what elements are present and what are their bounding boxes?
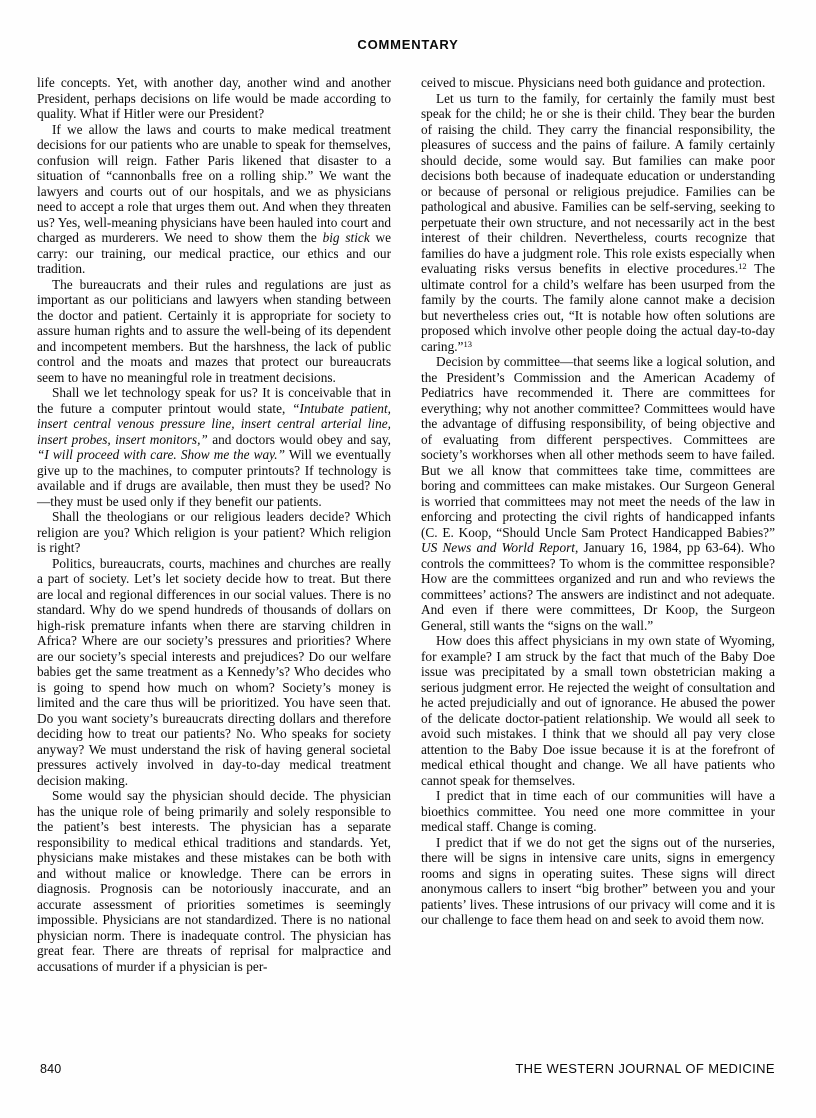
text-run: I predict that if we do not get the sign… [421, 835, 775, 928]
italic-run: US News and World Report [421, 540, 575, 555]
paragraph: Politics, bureaucrats, courts, machines … [37, 556, 391, 789]
text-run: life concepts. Yet, with another day, an… [37, 75, 391, 121]
paragraph: The bureaucrats and their rules and regu… [37, 277, 391, 386]
text-run: Some would say the physician should deci… [37, 788, 391, 974]
paragraph: ceived to miscue. Physicians need both g… [421, 75, 775, 91]
text-run: If we allow the laws and courts to make … [37, 122, 391, 246]
page-header: COMMENTARY [0, 0, 816, 52]
article-body: life concepts. Yet, with another day, an… [0, 75, 816, 974]
section-title: COMMENTARY [357, 37, 458, 52]
text-run: Decision by committee—that seems like a … [421, 354, 775, 540]
page-number: 840 [40, 1062, 61, 1076]
reference-superscript: 13 [463, 339, 472, 349]
text-run: Let us turn to the family, for certainly… [421, 91, 775, 277]
paragraph: I predict that if we do not get the sign… [421, 835, 775, 928]
paragraph: Shall the theologians or our religious l… [37, 509, 391, 556]
paragraph: If we allow the laws and courts to make … [37, 122, 391, 277]
italic-run: “I will proceed with care. Show me the w… [37, 447, 285, 462]
text-run: I predict that in time each of our commu… [421, 788, 775, 834]
page-footer: 840 THE WESTERN JOURNAL OF MEDICINE [0, 1061, 816, 1076]
text-run: and doctors would obey and say, [208, 432, 391, 447]
text-run: ceived to miscue. Physicians need both g… [421, 75, 765, 90]
paragraph: Let us turn to the family, for certainly… [421, 91, 775, 355]
paragraph: How does this affect physicians in my ow… [421, 633, 775, 788]
journal-page: COMMENTARY life concepts. Yet, with anot… [0, 0, 816, 1118]
text-run: Shall the theologians or our religious l… [37, 509, 391, 555]
text-column-right: ceived to miscue. Physicians need both g… [421, 75, 775, 974]
text-run: Politics, bureaucrats, courts, machines … [37, 556, 391, 788]
paragraph: I predict that in time each of our commu… [421, 788, 775, 835]
text-run: How does this affect physicians in my ow… [421, 633, 775, 788]
text-run: The bureaucrats and their rules and regu… [37, 277, 391, 385]
paragraph: life concepts. Yet, with another day, an… [37, 75, 391, 122]
journal-name: THE WESTERN JOURNAL OF MEDICINE [515, 1061, 775, 1076]
paragraph: Decision by committee—that seems like a … [421, 354, 775, 633]
italic-run: big stick [323, 230, 370, 245]
reference-superscript: 12 [738, 261, 747, 271]
text-column-left: life concepts. Yet, with another day, an… [37, 75, 391, 974]
paragraph: Shall we let technology speak for us? It… [37, 385, 391, 509]
paragraph: Some would say the physician should deci… [37, 788, 391, 974]
